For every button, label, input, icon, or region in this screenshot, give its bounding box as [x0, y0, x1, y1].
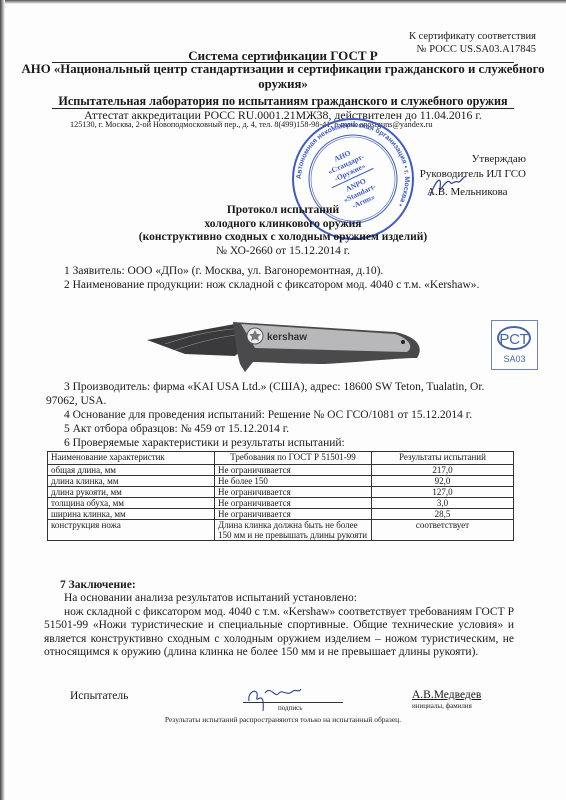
table-cell: Не ограничивается — [215, 465, 372, 476]
footnote: Результаты испытаний распространяются то… — [0, 715, 566, 724]
table-header-row: Наименование характеристик Требования по… — [48, 452, 514, 465]
table-cell: Не более 150 — [215, 476, 372, 487]
item-basis: 4 Основание для проведения испытаний: Ре… — [64, 409, 472, 421]
rst-mark-code: SA03 — [492, 354, 537, 364]
scan-edge-top — [0, 0, 566, 4]
table-cell: толщина обуха, мм — [48, 498, 215, 509]
table-row: толщина обуха, ммНе ограничивается3,0 — [48, 498, 514, 509]
table-row: ширина клинка, ммНе ограничивается28,5 — [48, 509, 514, 520]
table-cell: 92,0 — [372, 476, 514, 487]
table-cell: длина клинка, мм — [48, 476, 215, 487]
table-cell: длина рукояти, мм — [48, 487, 215, 498]
laboratory-name: Испытательная лаборатория по испытаниям … — [0, 94, 566, 109]
item-manufacturer-cont: 97062, USA. — [46, 395, 106, 407]
table-cell: Длина клинка должна быть не более 150 мм… — [215, 520, 372, 541]
item-product: 2 Наименование продукции: нож складной с… — [64, 279, 479, 291]
protocol-scope: (конструктивно сходных с холодным оружие… — [0, 231, 566, 245]
table-cell: 217,0 — [372, 465, 514, 476]
table-cell: конструкция ножа — [48, 520, 215, 541]
item-manufacturer: 3 Производитель: фирма «KAI USA Ltd.» (С… — [64, 381, 484, 393]
item-sampling: 5 Акт отбора образцов: № 459 от 15.12.20… — [64, 423, 289, 435]
conclusion-text: нож складной с фиксатором мод. 4040 с т.… — [44, 606, 514, 660]
approver-signature-icon — [428, 170, 468, 200]
table-cell: 127,0 — [372, 487, 514, 498]
protocol-title: Протокол испытаний — [0, 204, 566, 218]
table-cell: ширина клинка, мм — [48, 509, 215, 520]
column-header: Наименование характеристик — [48, 452, 215, 465]
knife-photo-icon: kershaw — [145, 312, 435, 372]
conclusion-body: На основании анализа результатов испытан… — [44, 592, 514, 660]
table-cell: 3,0 — [372, 498, 514, 509]
table-row: общая длина, ммНе ограничивается217,0 — [48, 465, 514, 476]
column-header: Требования по ГОСТ Р 51501-99 — [215, 452, 372, 465]
table-row: конструкция ножаДлина клинка должна быть… — [48, 520, 514, 541]
protocol-subtitle: холодного клинкового оружия — [0, 218, 566, 232]
table-cell: Не ограничивается — [215, 487, 372, 498]
protocol-header: Протокол испытаний холодного клинкового … — [0, 204, 566, 258]
table-cell: 28,5 — [372, 509, 514, 520]
item-checked: 6 Проверяемые характеристики и результат… — [64, 437, 345, 449]
table-cell: Не ограничивается — [215, 509, 372, 520]
table-cell: соответствует — [372, 520, 514, 541]
organization-name: АНО «Национальный центр стандартизации и… — [0, 62, 566, 92]
tester-role: Испытатель — [70, 690, 128, 702]
protocol-number: № ХО-2660 от 15.12.2014 г. — [0, 245, 566, 259]
gost-r-mark: РСТ SA03 — [491, 320, 538, 370]
table-row: длина рукояти, ммНе ограничивается127,0 — [48, 487, 514, 498]
table-cell: общая длина, мм — [48, 465, 215, 476]
tester-name-caption: инициалы, фамилия — [412, 702, 472, 710]
svg-text:kershaw: kershaw — [267, 332, 307, 343]
certificate-ref-line1: К сертификату соответствия — [409, 30, 536, 43]
signature-caption: подпись — [278, 704, 302, 712]
table-cell: Не ограничивается — [215, 498, 372, 509]
signature-line — [243, 702, 343, 703]
column-header: Результаты испытаний — [372, 452, 514, 465]
results-table: Наименование характеристик Требования по… — [47, 451, 514, 541]
item-applicant: 1 Заявитель: ООО «ДПо» (г. Москва, ул. В… — [64, 265, 383, 277]
approval-label: Утверждаю — [420, 152, 526, 167]
table-row: длина клинка, ммНе более 15092,0 — [48, 476, 514, 487]
tester-name: А.В.Медведев — [412, 689, 481, 701]
conclusion-title: 7 Заключение: — [60, 579, 136, 591]
rst-mark-icon: РСТ — [497, 326, 531, 350]
conclusion-intro: На основании анализа результатов испытан… — [44, 592, 514, 606]
